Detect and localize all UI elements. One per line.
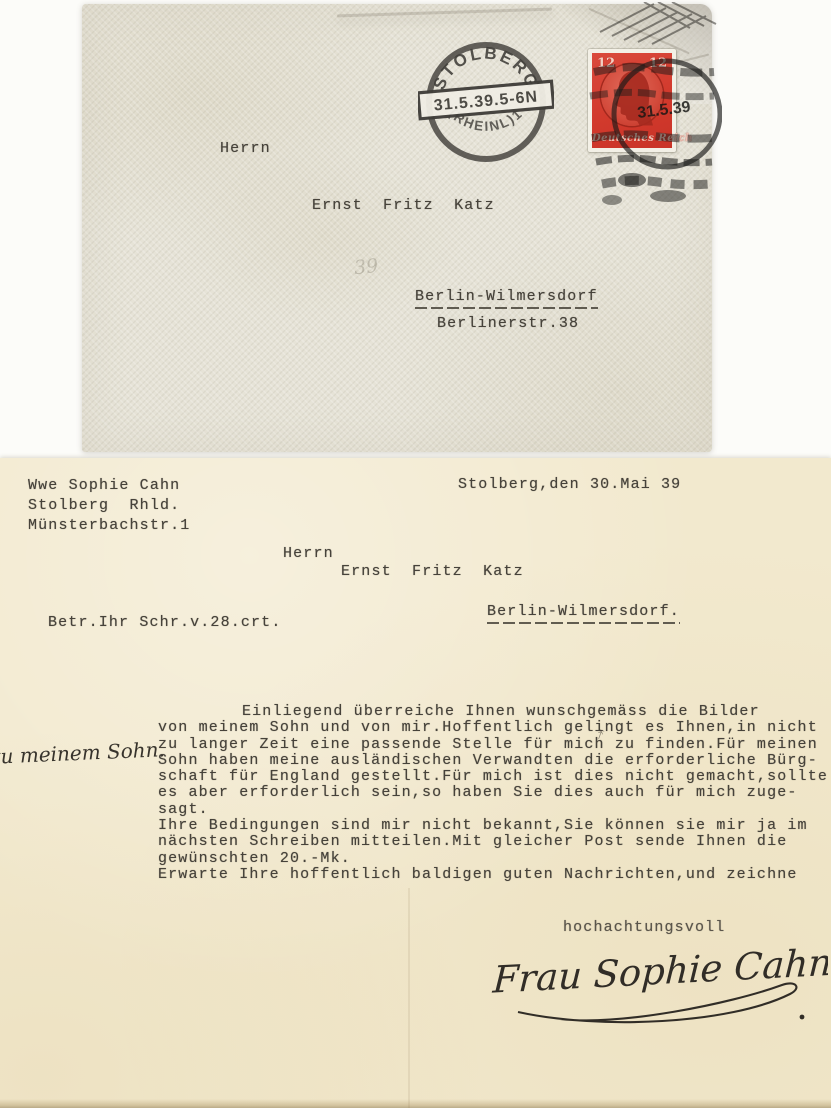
signature-text: Frau Sophie Cahn: [491, 941, 828, 1002]
body-line: sagt.: [158, 802, 831, 818]
crease-line: [337, 8, 552, 18]
body-line: Ihre Bedingungen sind mir nicht bekannt,…: [158, 818, 831, 834]
handwritten-margin-note: zu meinem Sohn.: [0, 737, 165, 769]
subject-line: Betr.Ihr Schr.v.28.crt.: [48, 614, 281, 631]
body-line: es aber erforderlich sein,so haben Sie d…: [158, 785, 831, 801]
postmark: STOLBERG (RHEINL)1 31.5.39.5-6N: [418, 34, 554, 170]
body-line: Sohn haben meine ausländischen Verwandte…: [158, 753, 831, 769]
envelope-city: Berlin-Wilmersdorf: [415, 288, 598, 309]
sender-block: Wwe Sophie Cahn Stolberg Rhld. Münsterba…: [28, 476, 190, 536]
cancel-date: 31.5.39: [636, 99, 691, 122]
pencil-mark: 39: [353, 255, 379, 279]
dateline: Stolberg,den 30.Mai 39: [458, 476, 681, 493]
letter-recipient-name: Ernst Fritz Katz: [341, 563, 524, 580]
envelope-recipient-name: Ernst Fritz Katz: [312, 197, 495, 214]
letter-salutation: Herrn: [283, 545, 334, 562]
envelope-street: Berlinerstr.38: [437, 315, 579, 332]
body-line: Erwarte Ihre hoffentlich baldigen guten …: [158, 867, 831, 883]
body-line: von meinem Sohn und von mir.Hoffentlich …: [158, 720, 831, 736]
letter-page: Wwe Sophie Cahn Stolberg Rhld. Münsterba…: [0, 458, 831, 1108]
scanned-document: STOLBERG (RHEINL)1 31.5.39.5-6N 12 12 De: [0, 0, 831, 1108]
paper-bottom-edge: [0, 1099, 831, 1108]
envelope-salutation: Herrn: [220, 140, 271, 157]
body-line: gewünschten 20.-Mk.: [158, 851, 831, 867]
fold-crease: [408, 888, 410, 1108]
sender-city: Stolberg Rhld.: [28, 496, 190, 516]
letter-recipient-city: Berlin-Wilmersdorf.: [487, 603, 680, 624]
body-line: nächsten Schreiben mitteilen.Mit gleiche…: [158, 834, 831, 850]
sender-street: Münsterbachstr.1: [28, 516, 190, 536]
body-line: zu langer Zeit eine passende Stelle für …: [158, 737, 831, 753]
sender-name: Wwe Sophie Cahn: [28, 476, 190, 496]
envelope: STOLBERG (RHEINL)1 31.5.39.5-6N 12 12 De: [82, 4, 712, 452]
cancellation-marks: 31.5.39: [582, 34, 722, 214]
body-line: Einliegend überreiche Ihnen wunschgemäss…: [158, 704, 831, 720]
signature: Frau Sophie Cahn: [488, 926, 828, 1036]
corner-hatch-marks: [594, 2, 720, 46]
letter-body: Einliegend überreiche Ihnen wunschgemäss…: [158, 704, 831, 883]
